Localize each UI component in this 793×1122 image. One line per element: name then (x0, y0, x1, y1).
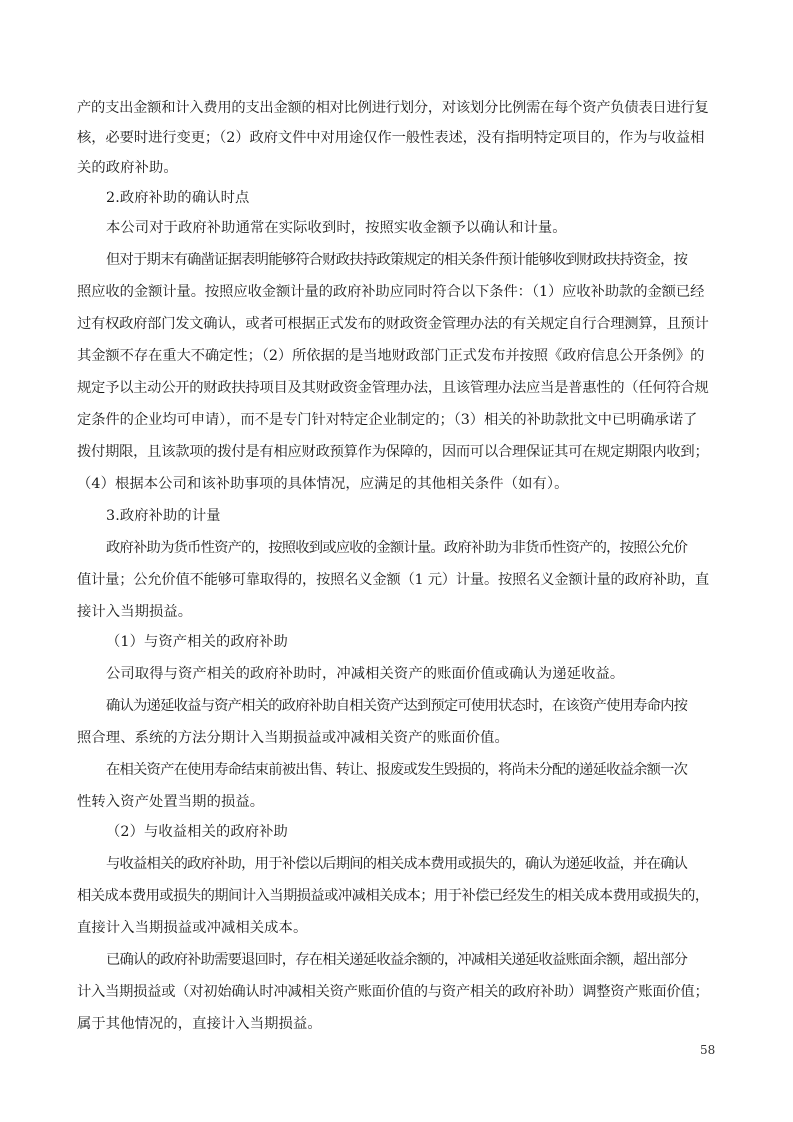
text-line: （4）根据本公司和该补助事项的具体情况，应满足的其他相关条件（如有）。 (77, 474, 717, 494)
text-line: 照合理、系统的方法分期计入当期损益或冲减相关资产的账面价值。 (77, 728, 717, 748)
page-number: 58 (700, 1043, 715, 1057)
text-line: 核，必要时进行变更；（2）政府文件中对用途仅作一般性表述，没有指明特定项目的，作… (77, 128, 717, 148)
text-line: 拨付期限，且该款项的拨付是有相应财政预算作为保障的，因而可以合理保证其可在规定期… (77, 442, 717, 462)
text-line: 关的政府补助。 (77, 158, 717, 178)
text-line: 其金额不存在重大不确定性；（2）所依据的是当地财政部门正式发布并按照《政府信息公… (77, 346, 717, 366)
text-line: 但对于期末有确凿证据表明能够符合财政扶持政策规定的相关条件预计能够收到财政扶持资… (106, 250, 746, 270)
text-line: 相关成本费用或损失的期间计入当期损益或冲减相关成本；用于补偿已经发生的相关成本费… (77, 886, 717, 906)
text-line: 已确认的政府补助需要退回时，存在相关递延收益余额的，冲减相关递延收益账面余额，超… (106, 950, 746, 970)
text-line: 计入当期损益或（对初始确认时冲减相关资产账面价值的与资产相关的政府补助）调整资产… (77, 982, 717, 1002)
text-line: 过有权政府部门发文确认，或者可根据正式发布的财政资金管理办法的有关规定自行合理测… (77, 314, 717, 334)
text-line: 确认为递延收益与资产相关的政府补助自相关资产达到预定可使用状态时，在该资产使用寿… (106, 696, 746, 716)
text-line: 3.政府补助的计量 (106, 506, 746, 526)
text-line: 规定予以主动公开的财政扶持项目及其财政资金管理办法，且该管理办法应当是普惠性的（… (77, 378, 717, 398)
text-line: 接计入当期损益。 (77, 602, 717, 622)
text-line: 产的支出金额和计入费用的支出金额的相对比例进行划分，对该划分比例需在每个资产负债… (77, 98, 717, 118)
text-line: 政府补助为货币性资产的，按照收到或应收的金额计量。政府补助为非货币性资产的，按照… (106, 538, 746, 558)
text-line: 与收益相关的政府补助，用于补偿以后期间的相关成本费用或损失的，确认为递延收益，并… (106, 854, 746, 874)
text-line: 属于其他情况的，直接计入当期损益。 (77, 1014, 717, 1034)
text-line: 性转入资产处置当期的损益。 (77, 792, 717, 812)
text-line: 本公司对于政府补助通常在实际收到时，按照实收金额予以确认和计量。 (106, 218, 746, 238)
text-line: 2.政府补助的确认时点 (106, 188, 746, 208)
text-line: 在相关资产在使用寿命结束前被出售、转让、报废或发生毁损的，将尚未分配的递延收益余… (106, 760, 746, 780)
document-page: 产的支出金额和计入费用的支出金额的相对比例进行划分，对该划分比例需在每个资产负债… (0, 0, 793, 1122)
text-line: （1）与资产相关的政府补助 (106, 632, 746, 652)
text-line: 定条件的企业均可申请），而不是专门针对特定企业制定的；（3）相关的补助款批文中已… (77, 410, 717, 430)
text-line: 公司取得与资产相关的政府补助时，冲减相关资产的账面价值或确认为递延收益。 (106, 664, 746, 684)
text-line: 值计量；公允价值不能够可靠取得的，按照名义金额（1 元）计量。按照名义金额计量的… (77, 570, 717, 590)
text-line: （2）与收益相关的政府补助 (106, 822, 746, 842)
text-line: 照应收的金额计量。按照应收金额计量的政府补助应同时符合以下条件：（1）应收补助款… (77, 282, 717, 302)
text-line: 直接计入当期损益或冲减相关成本。 (77, 918, 717, 938)
